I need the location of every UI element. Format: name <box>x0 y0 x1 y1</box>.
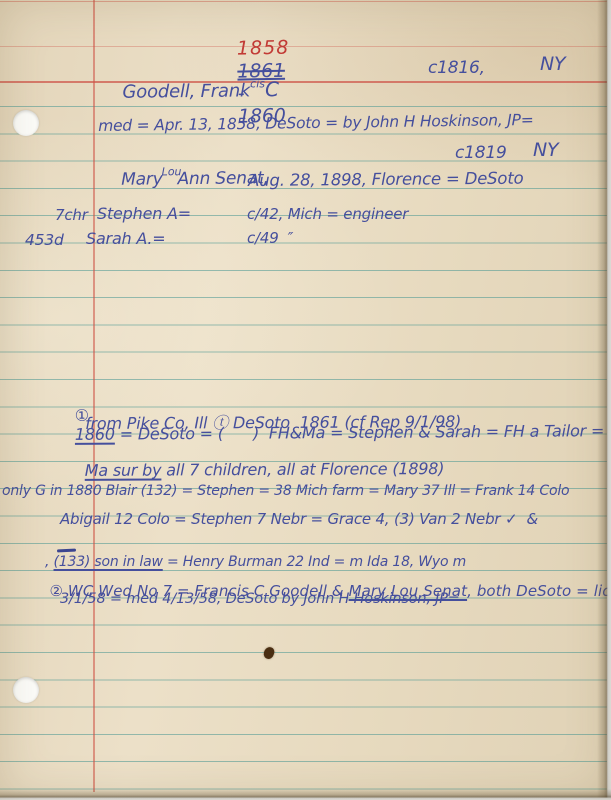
child-name: Sarah A.= <box>86 229 166 248</box>
red-rule-top-edge <box>0 1 607 2</box>
red-header-rule-2 <box>0 81 607 83</box>
child-ref-label: 453d <box>25 231 64 250</box>
birth-year: c1816, <box>428 58 485 78</box>
spouse-birth-year: c1819 <box>455 143 507 163</box>
note-line-4: only G in 1880 Blair (132) = Stephen = 3… <box>2 483 569 500</box>
scanned-notebook-page: 1858 1861 - 1860 Goodell, FrankcisC c181… <box>0 0 611 800</box>
red-header-rule-1 <box>0 46 607 47</box>
spouse-birth-state: NY <box>533 139 558 162</box>
note-3-underlined: Ma sur by <box>85 461 162 480</box>
note-line-5: Abigail 12 Colo = Stephen 7 Nebr = Grace… <box>60 510 538 528</box>
name-suffix: C <box>265 77 279 101</box>
child-birth-detail: c/42, Mich = engineer <box>247 205 408 223</box>
punch-hole-top <box>13 110 39 136</box>
note-line-8: 3/1/58 = med 4/13/58, DeSoto by John H H… <box>60 591 460 608</box>
punch-hole-bottom <box>13 677 39 703</box>
birth-state: NY <box>540 53 565 76</box>
child-name: Stephen A= <box>97 204 191 223</box>
page-edge-right <box>597 0 611 800</box>
superscript-cis: cis <box>250 77 265 90</box>
child-birth-detail: c/49 ″ <box>247 229 293 247</box>
note-7-text: , both DeSoto = lic <box>467 582 611 600</box>
note-line-2: from Pike Co, Ill ⓣ DeSoto 1861 (cf Rep … <box>85 412 461 433</box>
page-edge-bottom <box>0 789 611 800</box>
child-count-label: 7chr <box>55 206 88 224</box>
note-3-text: all 7 children, all at Florence (1898) <box>161 459 444 479</box>
death-line: Aug. 28, 1898, Florence = DeSoto <box>248 169 524 191</box>
surname-given: Goodell, Frank <box>122 80 250 102</box>
